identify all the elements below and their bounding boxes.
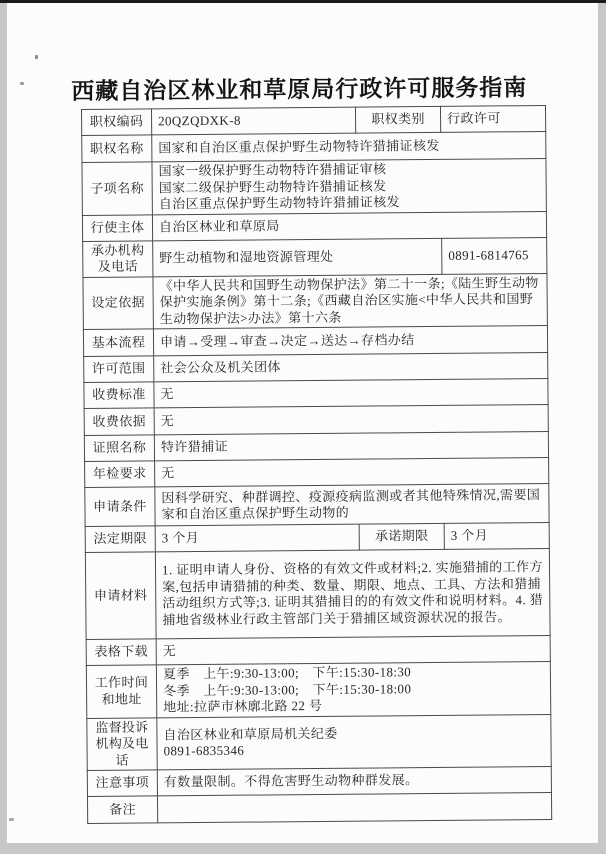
row-label: 职权编码 [81,109,151,136]
row-label: 申请材料 [85,552,156,640]
row-label: 收费标准 [84,382,154,409]
row-label: 监督投诉 机构及电话 [87,717,157,770]
notes-value: 有数量限制。不得危害野生动物种群发展。 [157,766,551,795]
fee-standard-value: 无 [154,378,548,407]
complaint-agency-phone: 0891-6835346 [164,740,545,760]
exercising-body-value: 自治区林业和草原局 [152,211,546,240]
authority-name-value: 国家和自治区重点保护野生动物特许猎捕证核发 [152,131,546,161]
permit-scope-value: 社会公众及机关团体 [154,352,548,381]
scan-edge-top [0,0,606,3]
row-label: 职权名称 [82,135,152,163]
row-annual-inspection: 年检要求 无 [85,457,549,487]
document-content: 西藏自治区林业和草原局行政许可服务指南 职权编码 20QZQDXK-8 职权类别… [3,1,601,846]
application-materials-value: 1. 证明申请人身份、资格的有效文件或材料;2. 实施猎捕的工作方案,包括申请猎… [155,548,550,638]
row-remarks: 备注 [87,792,551,823]
complaint-agency-value: 自治区林业和草原局机关纪委 0891-6835346 [157,714,551,770]
row-complaint-agency: 监督投诉 机构及电话 自治区林业和草原局机关纪委 0891-6835346 [87,714,551,771]
row-certificate-name: 证照名称 特许猎捕证 [84,431,548,461]
page-title: 西藏自治区林业和草原局行政许可服务指南 [4,69,595,107]
promised-time-limit-value: 3 个月 [444,522,549,549]
row-label: 设定依据 [83,276,153,329]
annual-inspection-value: 无 [155,457,549,486]
row-label: 法定期限 [85,526,155,553]
authority-type-value: 行政许可 [440,105,545,132]
row-legal-basis: 设定依据 《中华人民共和国野生动物保护法》第二十一条;《陆生野生动物保护实施条例… [83,273,547,330]
row-authority-name: 职权名称 国家和自治区重点保护野生动物特许猎捕证核发 [82,131,546,162]
row-handling-agency: 承办机构 及电话 野生动植物和湿地资源管理处 0891-6814765 [83,237,547,277]
row-label: 申请条件 [85,487,155,527]
row-label: 年检要求 [85,461,155,488]
row-application-materials: 申请材料 1. 证明申请人身份、资格的有效文件或材料;2. 实施猎捕的工作方案,… [85,548,550,639]
row-label: 子项名称 [82,162,152,215]
certificate-name-value: 特许猎捕证 [154,431,548,460]
row-exercising-body: 行使主体 自治区林业和草原局 [82,211,546,241]
row-permit-scope: 许可范围 社会公众及机关团体 [84,352,548,382]
row-label: 工作时间 和地址 [86,665,156,718]
row-fee-basis: 收费依据 无 [84,404,548,435]
row-label: 表格下载 [86,639,156,666]
row-fee-standard: 收费标准 无 [84,378,548,408]
row-working-hours-address: 工作时间 和地址 夏季 上午:9:30-13:00; 下午:15:30-18:3… [86,661,550,718]
row-label: 收费依据 [84,408,154,436]
handling-agency-phone: 0891-6814765 [442,237,547,274]
handling-agency-value: 野生动植物和湿地资源管理处 [153,238,442,277]
legal-basis-value: 《中华人民共和国野生动物保护法》第二十一条;《陆生野生动物保护实施条例》第十二条… [153,273,547,329]
service-guide-table: 职权编码 20QZQDXK-8 职权类别 行政许可 职权名称 国家和自治区重点保… [81,105,552,824]
remarks-value [157,792,551,822]
row-statutory-time-limit: 法定期限 3 个月 承诺期限 3 个月 [85,522,549,552]
subitem-line: 自治区重点保护野生动物特许猎捕证核发 [159,193,540,213]
row-notes: 注意事项 有数量限制。不得危害野生动物种群发展。 [87,766,551,796]
row-label: 职权类别 [355,106,440,133]
subitem-names-value: 国家一级保护野生动物特许猎捕证审核 国家二级保护野生动物特许猎捕证核发 自治区重… [152,158,546,214]
row-label: 基本流程 [83,329,153,357]
row-basic-process: 基本流程 申请→受理→审查→决定→送达→存档办结 [83,325,547,356]
form-download-value: 无 [156,635,550,664]
address-line: 地址:拉萨市林廓北路 22 号 [163,696,544,716]
row-label: 注意事项 [87,770,157,797]
row-label: 备注 [87,796,157,824]
row-application-conditions: 申请条件 因科学研究、种群调控、疫源疫病监测或者其他特殊情况,需要国家和自治区重… [85,483,549,526]
row-label: 许可范围 [84,356,154,383]
row-label: 承诺期限 [359,523,444,550]
statutory-time-limit-value: 3 个月 [155,524,359,552]
row-subitem-names: 子项名称 国家一级保护野生动物特许猎捕证审核 国家二级保护野生动物特许猎捕证核发… [82,158,546,215]
application-conditions-value: 因科学研究、种群调控、疫源疫病监测或者其他特殊情况,需要国家和自治区重点保护野生… [155,483,549,525]
working-hours-address-value: 夏季 上午:9:30-13:00; 下午:15:30-18:30 冬季 上午:9… [156,661,550,717]
fee-basis-value: 无 [154,404,548,434]
row-label: 承办机构 及电话 [83,240,153,277]
basic-process-value: 申请→受理→审查→决定→送达→存档办结 [153,325,547,355]
row-label: 行使主体 [82,214,152,241]
row-form-download: 表格下载 无 [86,635,550,665]
row-authority-code: 职权编码 20QZQDXK-8 职权类别 行政许可 [81,105,545,135]
row-label: 证照名称 [84,435,154,462]
document-page: 西藏自治区林业和草原局行政许可服务指南 职权编码 20QZQDXK-8 职权类别… [7,3,598,843]
authority-code-value: 20QZQDXK-8 [151,107,355,135]
